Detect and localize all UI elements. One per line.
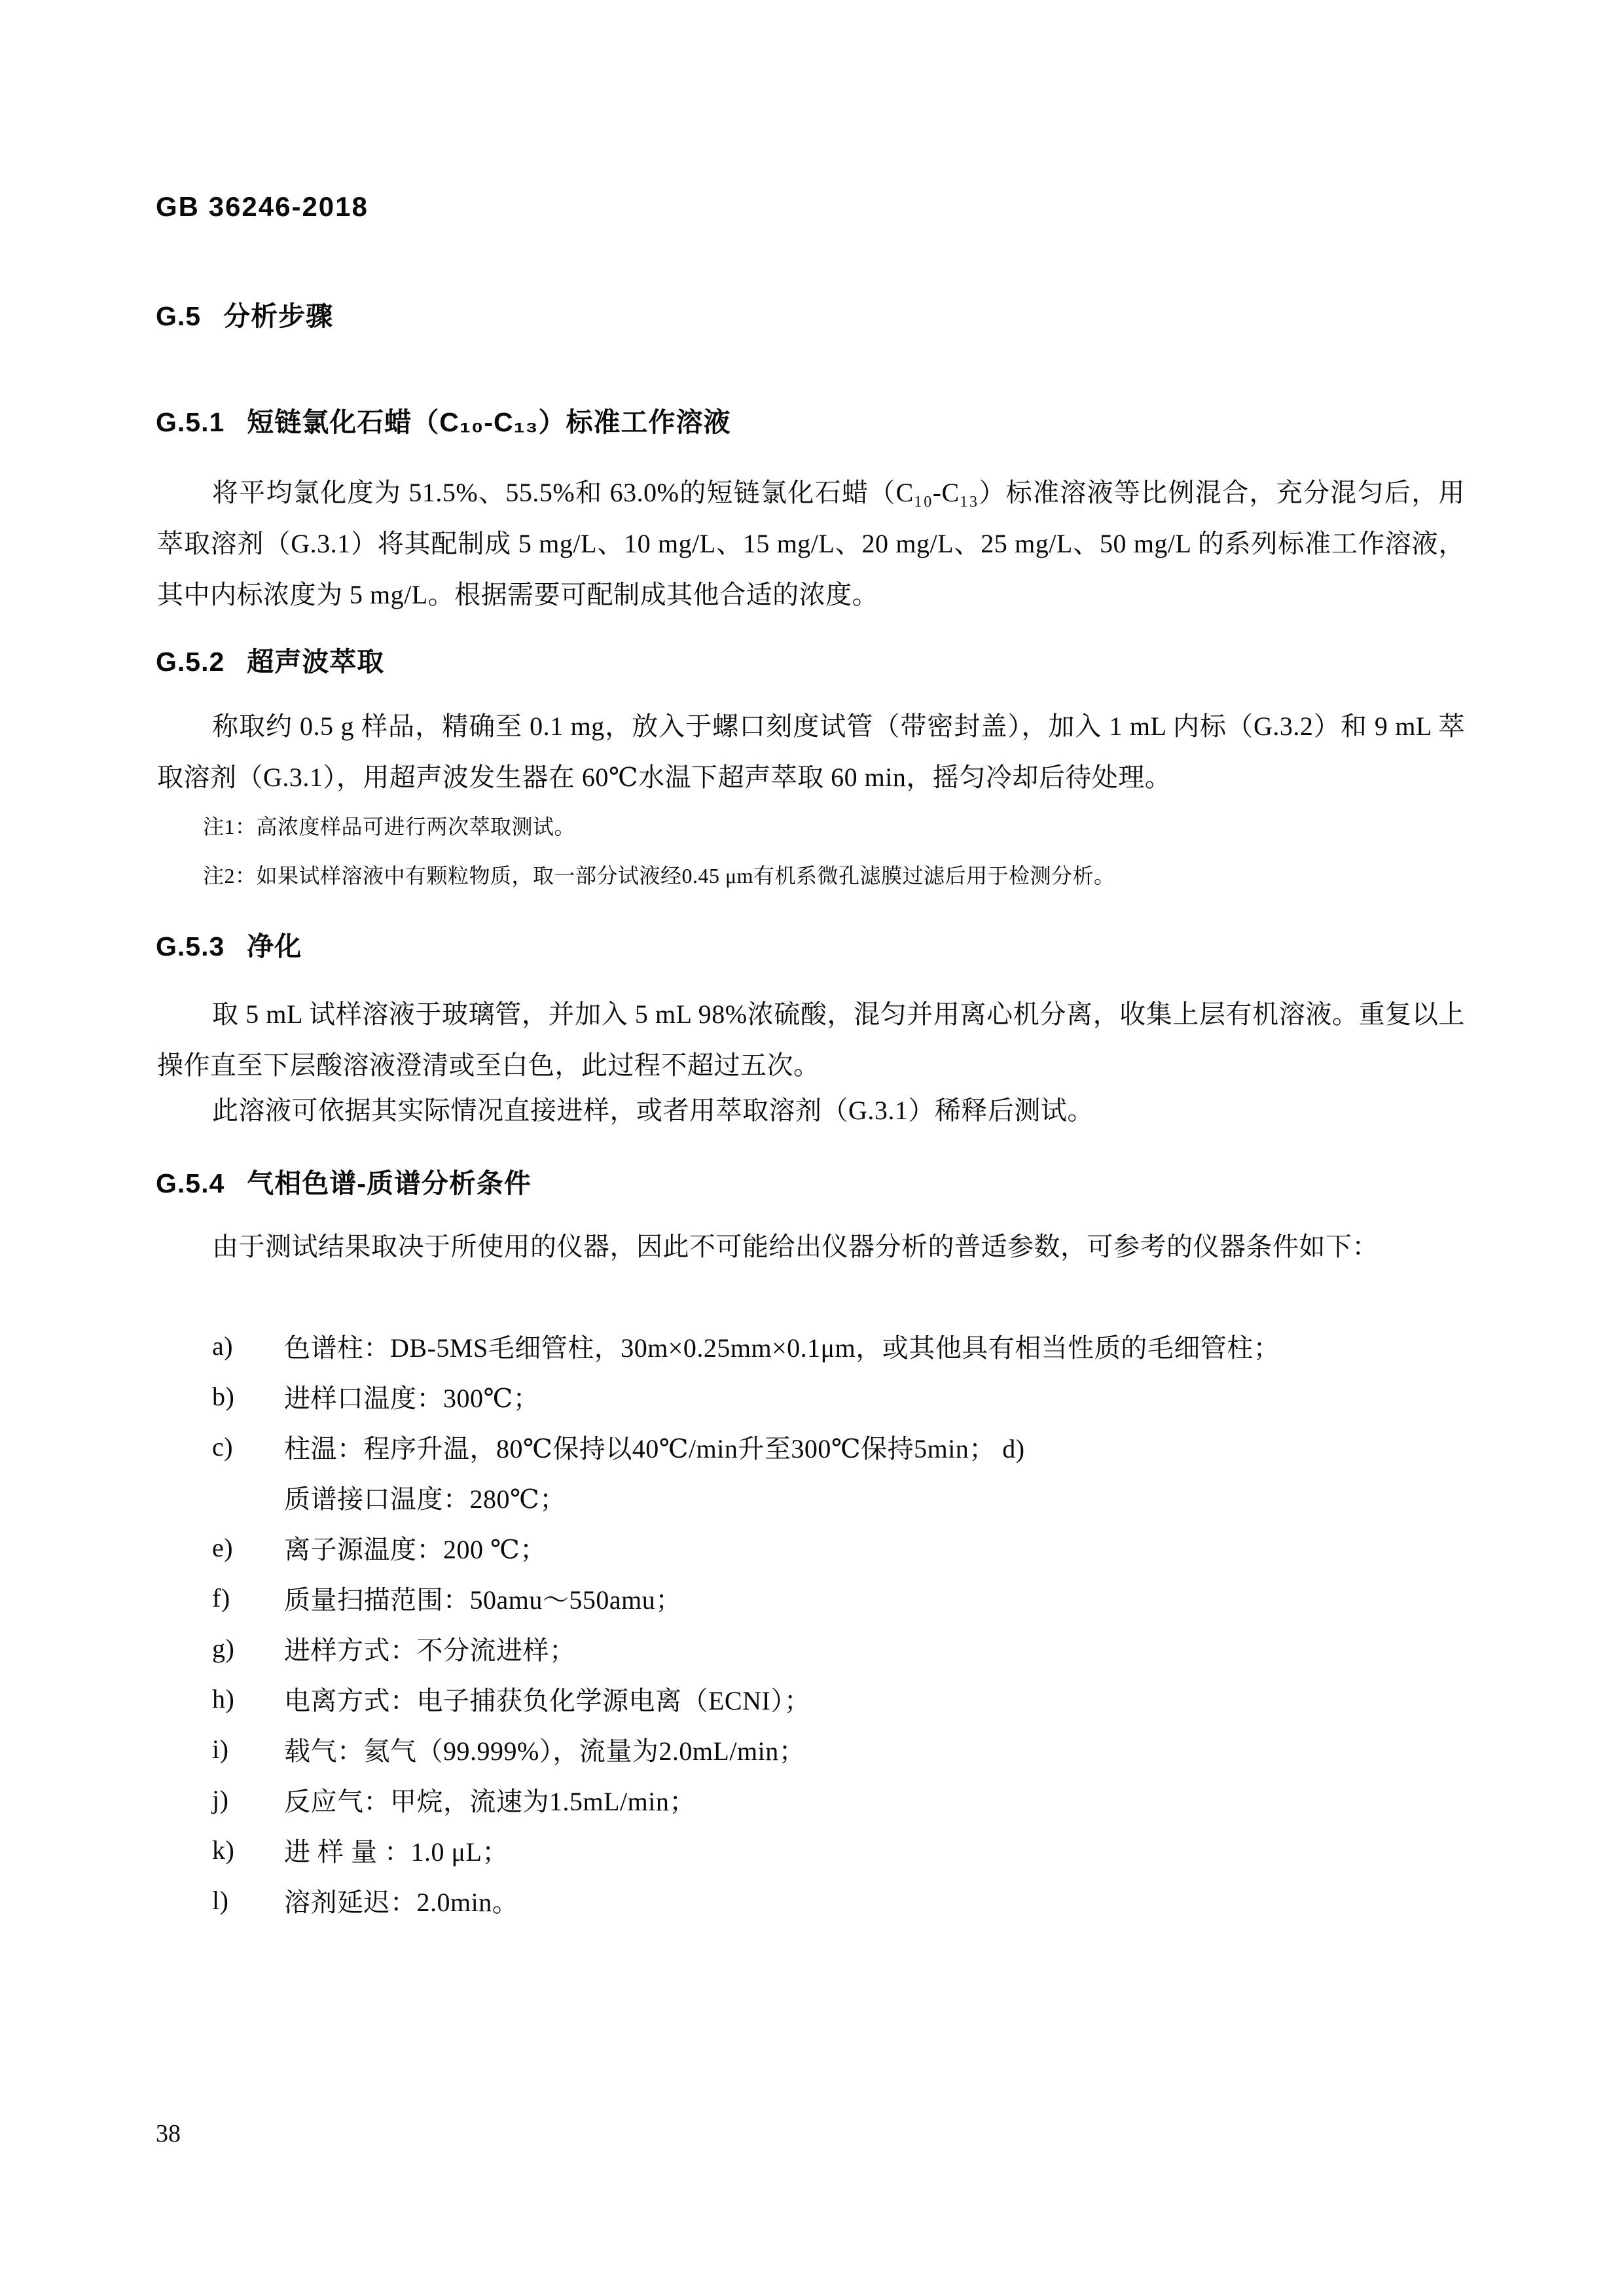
page-number: 38 xyxy=(156,2119,181,2148)
list-item-label: b) xyxy=(212,1381,284,1412)
section-title: 超声波萃取 xyxy=(247,647,384,677)
list-item-i: i) 载气：氦气（99.999%），流量为2.0mL/min； xyxy=(212,1724,1475,1774)
paragraph-g5-3-2: 此溶液可依据其实际情况直接进样，或者用萃取溶剂（G.3.1）稀释后测试。 xyxy=(157,1085,1465,1136)
paragraph-g5-2: 称取约 0.5 g 样品，精确至 0.1 mg，放入于螺口刻度试管（带密封盖），… xyxy=(157,701,1465,803)
section-number: G.5.4 xyxy=(156,1168,225,1199)
section-number: G.5.2 xyxy=(156,647,225,677)
paragraph-g5-3-1: 取 5 mL 试样溶液于玻璃管，并加入 5 mL 98%浓硫酸，混匀并用离心机分… xyxy=(157,989,1465,1091)
list-item-label: e) xyxy=(212,1532,284,1563)
list-item-text: 进样方式：不分流进样； xyxy=(284,1630,576,1667)
list-item-j: j) 反应气：甲烷，流速为1.5mL/min； xyxy=(212,1774,1475,1825)
document-header: GB 36246-2018 xyxy=(156,191,369,223)
section-heading-g5-2: G.5.2超声波萃取 xyxy=(156,640,384,679)
list-item-text: 进样口温度：300℃； xyxy=(284,1378,539,1415)
list-item-label: l) xyxy=(212,1885,284,1916)
list-item-l: l) 溶剂延迟：2.0min。 xyxy=(212,1875,1475,1926)
list-item-text: 反应气：甲烷，流速为1.5mL/min； xyxy=(284,1781,696,1818)
note-2: 注2：如果试样溶液中有颗粒物质，取一部分试液经0.45 μm有机系微孔滤膜过滤后… xyxy=(203,861,1115,891)
section-number: G.5.3 xyxy=(156,931,225,962)
section-number: G.5 xyxy=(156,301,201,332)
list-item-label: c) xyxy=(212,1431,284,1462)
list-item-text: 质量扫描范围：50amu～550amu； xyxy=(284,1579,682,1617)
section-title: 短链氯化石蜡（C₁₀-C₁₃）标准工作溶液 xyxy=(247,407,731,437)
list-item-g: g) 进样方式：不分流进样； xyxy=(212,1623,1475,1674)
list-item-f: f) 质量扫描范围：50amu～550amu； xyxy=(212,1573,1475,1623)
instrument-conditions-list: a) 色谱柱：DB-5MS毛细管柱，30m×0.25mm×0.1μm，或其他具有… xyxy=(212,1321,1475,1926)
list-item-label: i) xyxy=(212,1734,284,1765)
note-1: 注1：高浓度样品可进行两次萃取测试。 xyxy=(203,812,575,842)
list-item-text: 溶剂延迟：2.0min。 xyxy=(284,1882,518,1919)
list-item-text: 质谱接口温度：280℃； xyxy=(284,1479,566,1516)
list-item-text: 离子源温度：200 ℃； xyxy=(284,1529,547,1566)
list-item-label: h) xyxy=(212,1683,284,1714)
list-item-label: a) xyxy=(212,1331,284,1361)
list-item-text: 载气：氦气（99.999%），流量为2.0mL/min； xyxy=(284,1731,805,1768)
paragraph-g5-4: 由于测试结果取决于所使用的仪器，因此不可能给出仪器分析的普适参数，可参考的仪器条… xyxy=(157,1221,1465,1272)
section-title: 气相色谱-质谱分析条件 xyxy=(247,1168,532,1198)
list-item-label: f) xyxy=(212,1583,284,1613)
list-item-a: a) 色谱柱：DB-5MS毛细管柱，30m×0.25mm×0.1μm，或其他具有… xyxy=(212,1321,1475,1371)
list-item-k: k) 进 样 量 ：1.0 μL； xyxy=(212,1825,1475,1875)
list-item-label: j) xyxy=(212,1784,284,1815)
list-item-c: c) 柱温：程序升温，80℃保持以40℃/min升至300℃保持5min； d) xyxy=(212,1422,1475,1472)
section-heading-g5-3: G.5.3净化 xyxy=(156,925,302,963)
section-title: 分析步骤 xyxy=(223,301,333,331)
list-item-b: b) 进样口温度：300℃； xyxy=(212,1371,1475,1422)
list-item-label: g) xyxy=(212,1633,284,1664)
list-item-text: 进 样 量 ：1.0 μL； xyxy=(284,1831,509,1869)
section-title: 净化 xyxy=(247,931,302,961)
list-item-text: 柱温：程序升温，80℃保持以40℃/min升至300℃保持5min； d) xyxy=(284,1428,1025,1465)
section-heading-g5-4: G.5.4气相色谱-质谱分析条件 xyxy=(156,1162,532,1200)
list-item-label: k) xyxy=(212,1835,284,1865)
list-item-h: h) 电离方式：电子捕获负化学源电离（ECNI）； xyxy=(212,1674,1475,1724)
section-number: G.5.1 xyxy=(156,407,225,438)
section-heading-g5-1: G.5.1短链氯化石蜡（C₁₀-C₁₃）标准工作溶液 xyxy=(156,401,731,439)
section-heading-g5: G.5分析步骤 xyxy=(156,295,333,333)
list-item-text: 色谱柱：DB-5MS毛细管柱，30m×0.25mm×0.1μm，或其他具有相当性… xyxy=(284,1327,1280,1365)
paragraph-g5-1: 将平均氯化度为 51.5%、55.5%和 63.0%的短链氯化石蜡（C₁₀-C₁… xyxy=(157,467,1465,620)
document-page: { "page": { "header": "GB 36246-2018", "… xyxy=(0,0,1624,2296)
list-item-text: 电离方式：电子捕获负化学源电离（ECNI）； xyxy=(284,1680,810,1717)
list-item-e: e) 离子源温度：200 ℃； xyxy=(212,1522,1475,1573)
list-item-d-continuation: 质谱接口温度：280℃； xyxy=(212,1472,1475,1522)
